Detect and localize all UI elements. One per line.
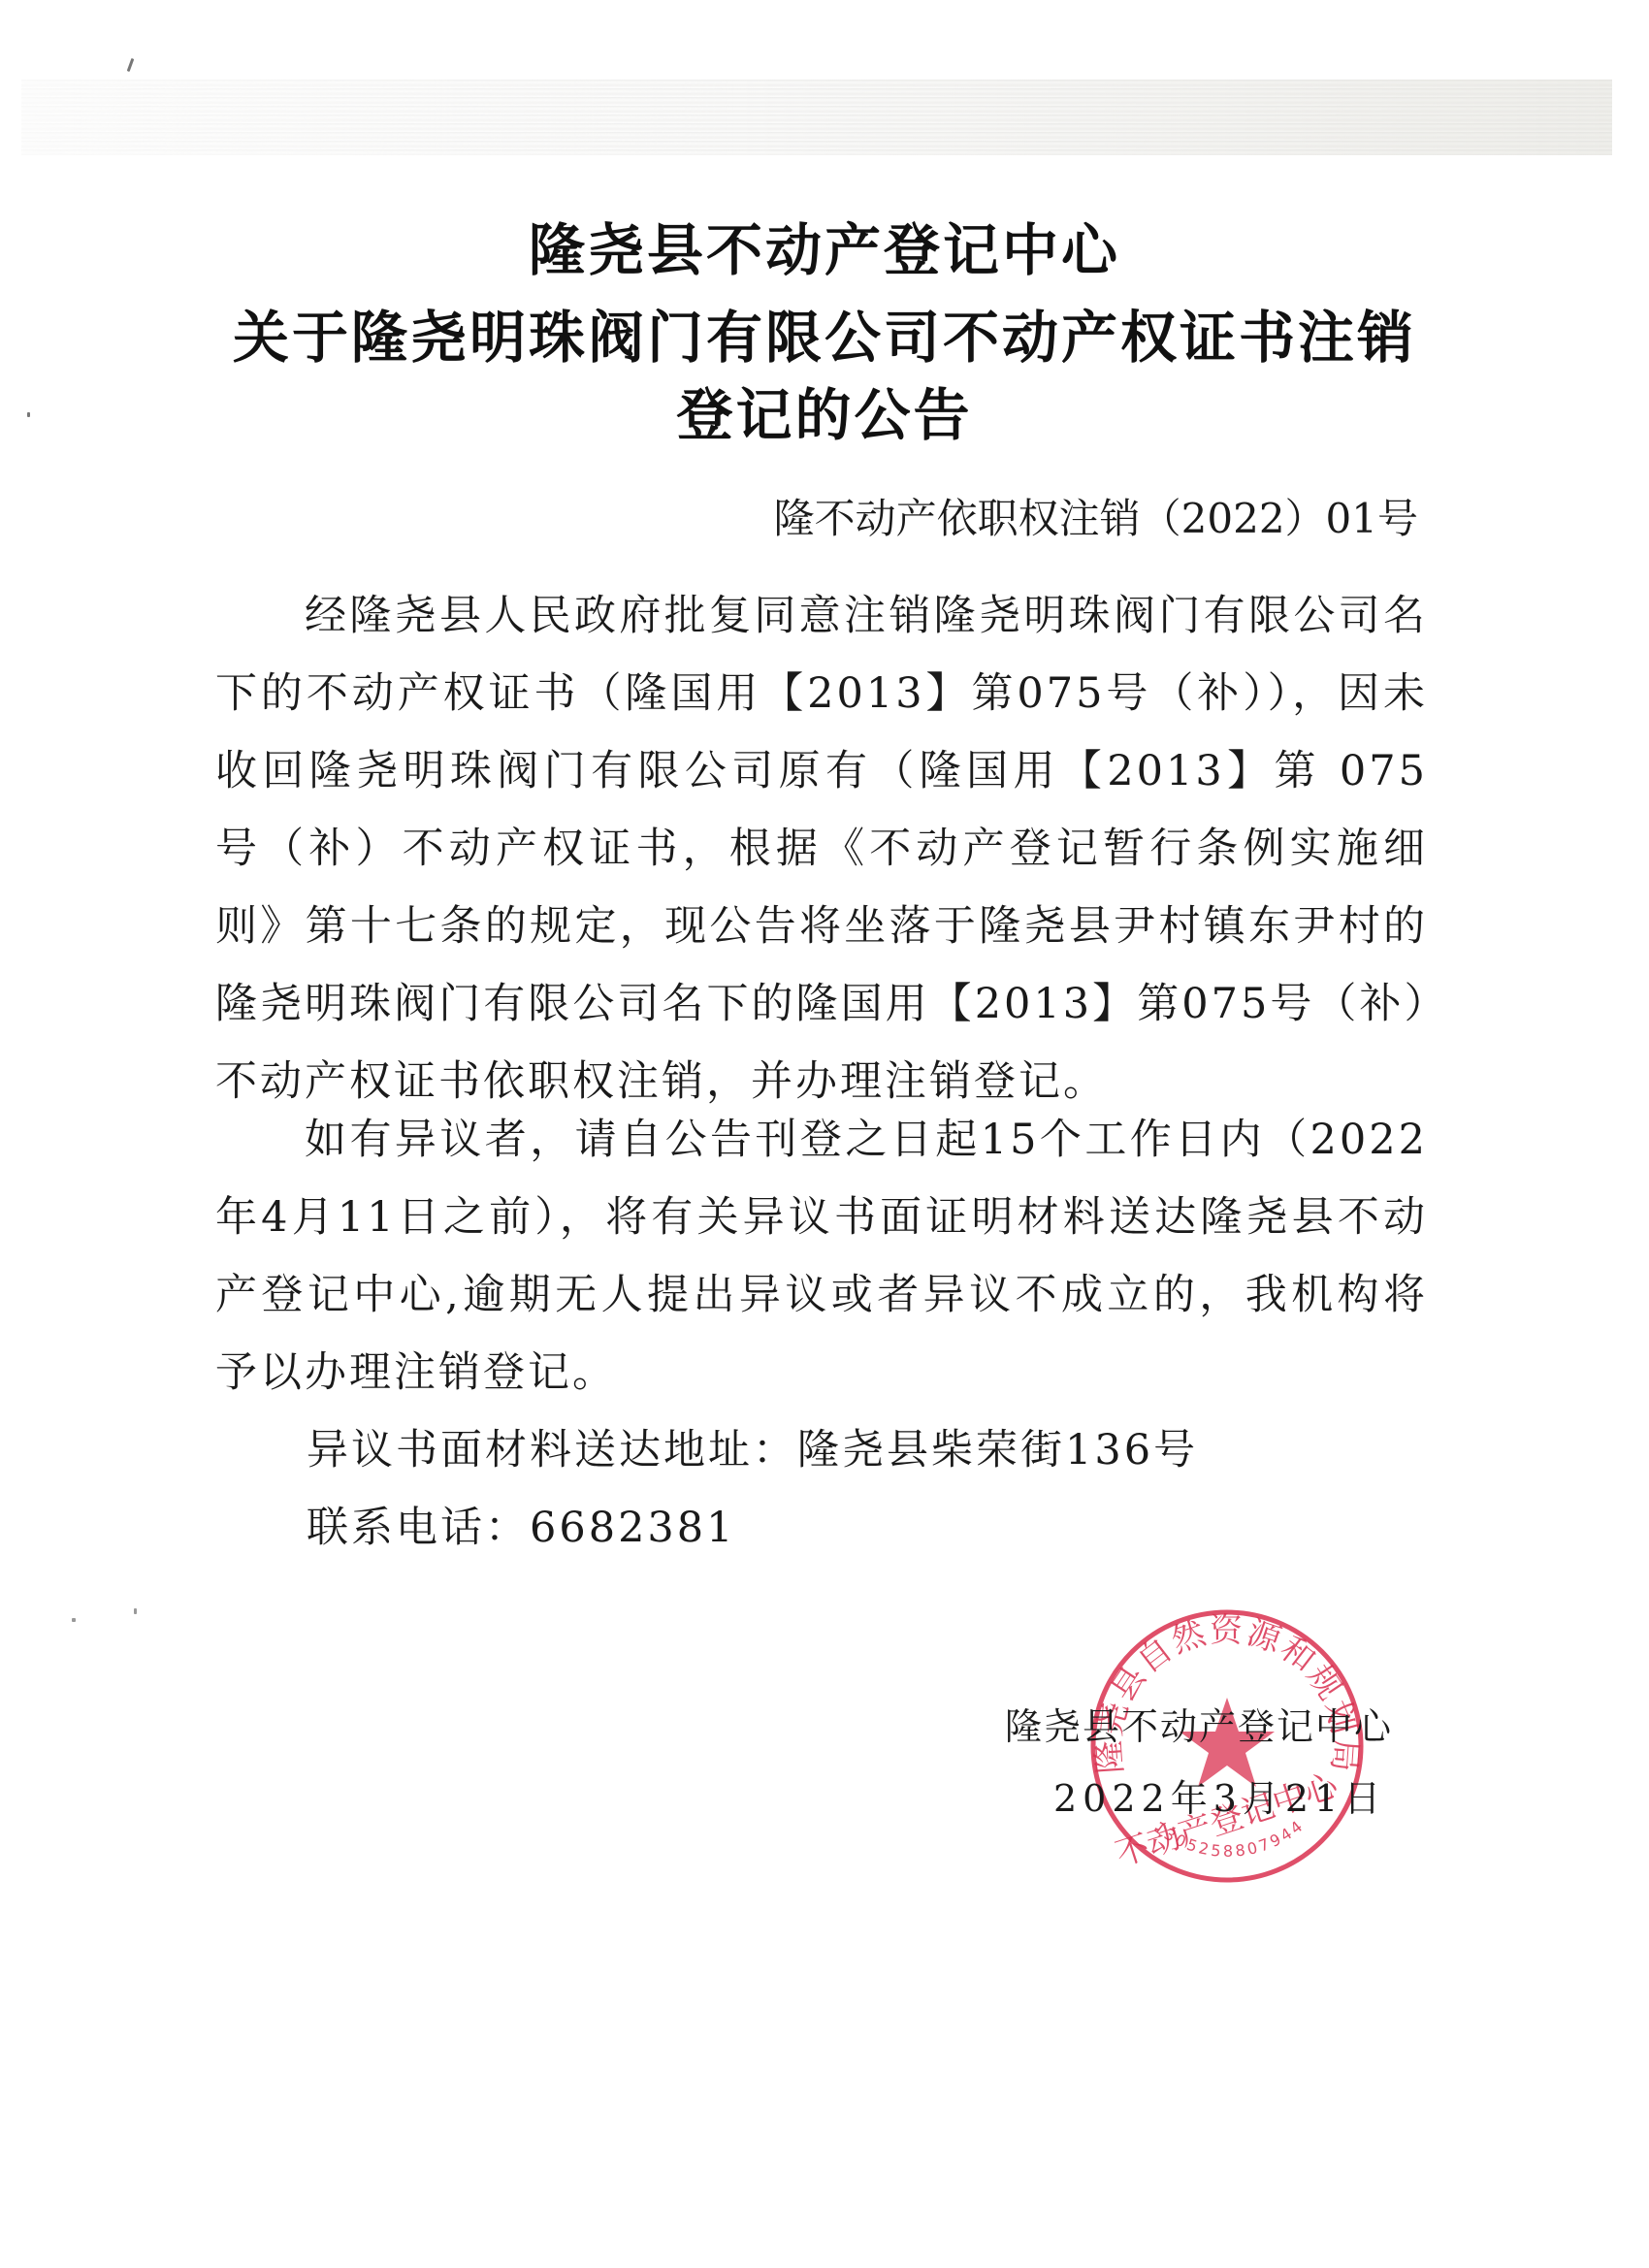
- paragraph-2: 如有异议者，请自公告刊登之日起15个工作日内（2022年4月11日之前），将有关…: [215, 1101, 1428, 1411]
- title-line-1: 隆尧县不动产登记中心: [0, 221, 1649, 280]
- document-number: 隆不动产依职权注销（2022）01号: [774, 495, 1418, 543]
- paragraph-1: 经隆尧县人民政府批复同意注销隆尧明珠阀门有限公司名下的不动产权证书（隆国用【20…: [215, 577, 1428, 1120]
- scan-speck: [127, 58, 135, 72]
- notice-body: 经隆尧县人民政府批复同意注销隆尧明珠阀门有限公司名下的不动产权证书（隆国用【20…: [215, 577, 1428, 1120]
- notice-body-2: 如有异议者，请自公告刊登之日起15个工作日内（2022年4月11日之前），将有关…: [215, 1101, 1428, 1411]
- objection-address: 异议书面材料送达地址：隆尧县柴荣街136号: [307, 1421, 1198, 1479]
- contact-phone: 联系电话：6682381: [307, 1499, 736, 1557]
- title-line-3: 登记的公告: [0, 386, 1649, 445]
- scan-artifact-band: [21, 80, 1612, 155]
- scan-speck: [72, 1618, 76, 1622]
- title-line-2: 关于隆尧明珠阀门有限公司不动产权证书注销: [0, 308, 1649, 368]
- scan-speck: [134, 1608, 137, 1614]
- issuer-signature: 隆尧县不动产登记中心: [1005, 1705, 1393, 1748]
- issue-date: 2022年3月21日: [1053, 1777, 1386, 1820]
